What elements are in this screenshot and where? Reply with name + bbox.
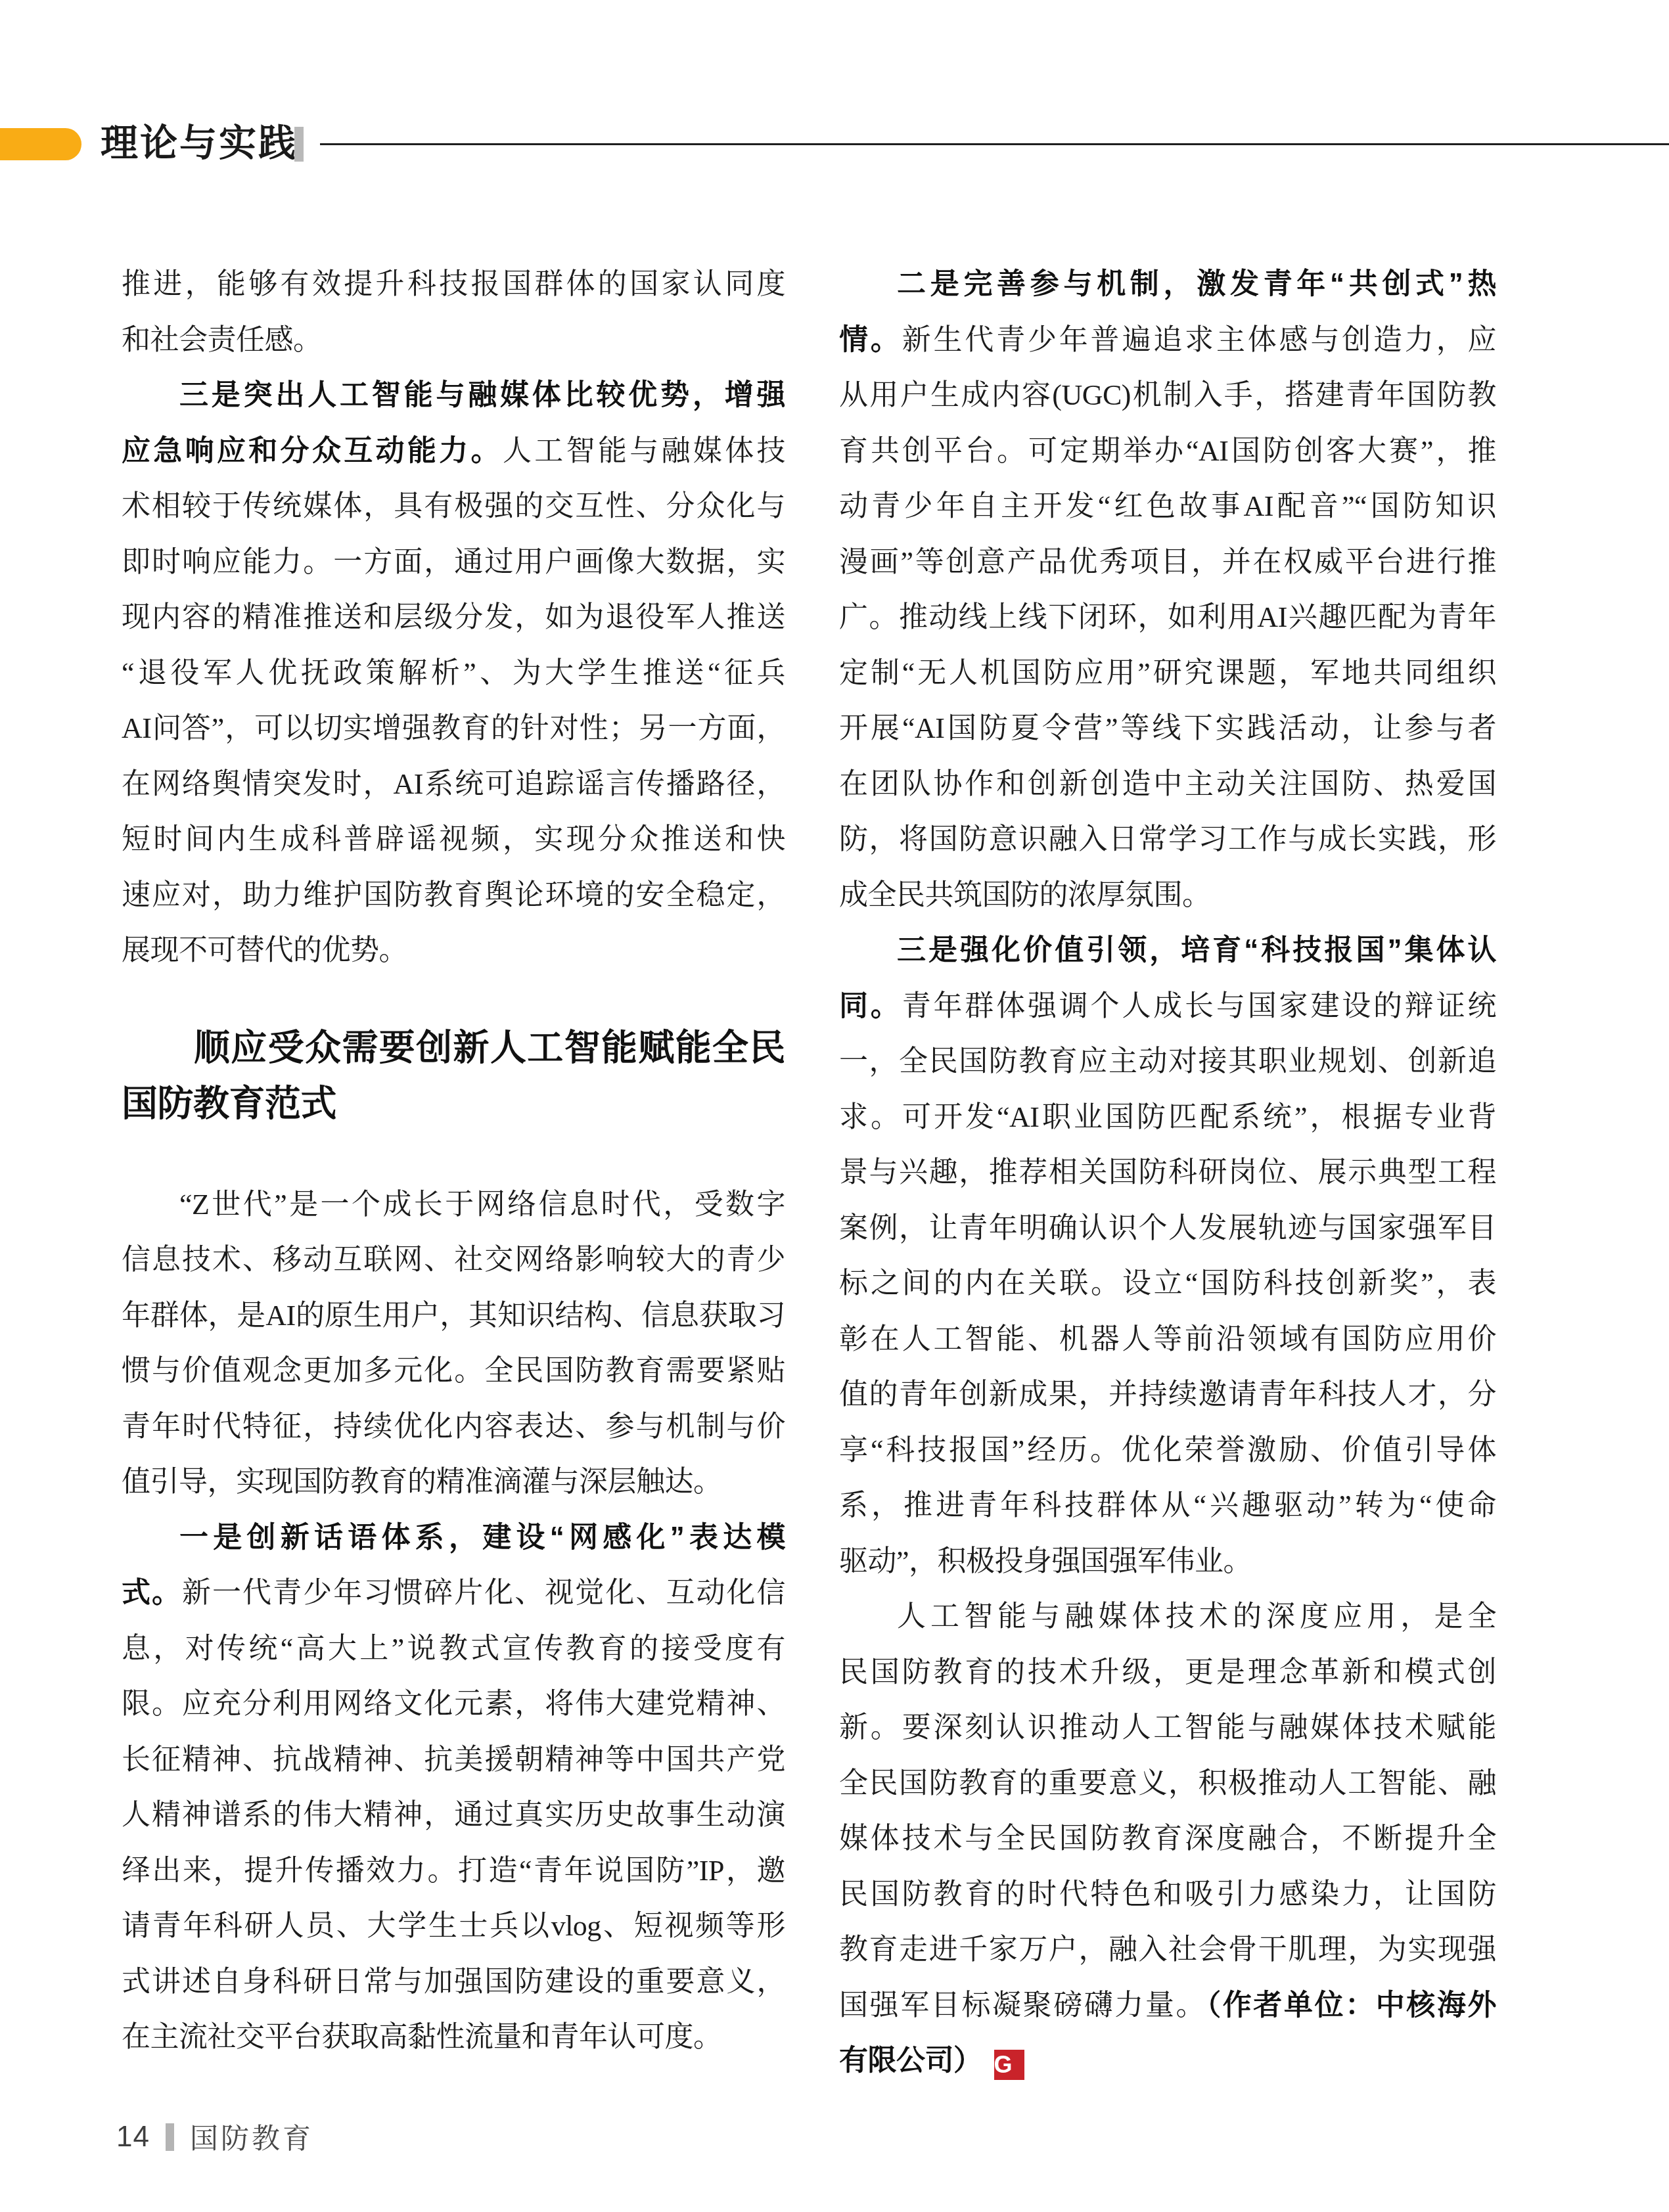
text-segment: 媒体技术与全民国防教育深度融合，不断提升全: [839, 1822, 1496, 1855]
body-text-line: 系，推进青年科技群体从“兴趣驱动”转为“使命: [839, 1478, 1496, 1534]
bold-text-segment: 三是强化价值引领，培育“科技报国”集体认: [897, 934, 1496, 966]
bold-text-segment: 同。: [839, 990, 902, 1022]
body-text-line: 术相较于传统媒体，具有极强的交互性、分众化与: [122, 479, 785, 535]
section-heading: 顺应受众需要创新人工智能赋能全民国防教育范式: [122, 1020, 785, 1131]
text-segment: 求。可开发“AI职业国防匹配系统”，根据专业背: [839, 1101, 1496, 1133]
text-segment: 在网络舆情突发时，AI系统可追踪谣言传播路径，: [122, 768, 785, 800]
page-number: 14: [116, 2121, 150, 2154]
text-segment: 新。要深刻认识推动人工智能与融媒体技术赋能: [839, 1711, 1496, 1744]
body-text-line: 彰在人工智能、机器人等前沿领域有国防应用价: [839, 1312, 1496, 1368]
text-segment: 式讲述自身科研日常与加强国防建设的重要意义，: [122, 1966, 785, 1998]
body-text-line: 惯与价值观念更加多元化。全民国防教育需要紧贴: [122, 1343, 785, 1399]
text-segment: 驱动”，积极投身强国强军伟业。: [839, 1545, 1252, 1577]
body-text-line: 新。要深刻认识推动人工智能与融媒体技术赋能: [839, 1700, 1496, 1756]
bold-text-segment: 应急响应和分众互动能力。: [122, 435, 503, 467]
body-text-line: 式讲述自身科研日常与加强国防建设的重要意义，: [122, 1954, 785, 2010]
body-text-line: 育共创平台。可定期举办“AI国防创客大赛”，推: [839, 424, 1496, 480]
text-segment: 青年群体强调个人成长与国家建设的辩证统: [902, 990, 1496, 1022]
text-segment: 信息技术、移动互联网、社交网络影响较大的青少: [122, 1244, 785, 1276]
article-body: 推进，能够有效提升科技报国群体的国家认同度和社会责任感。三是突出人工智能与融媒体…: [122, 257, 1496, 2089]
text-segment: 在主流社交平台获取高黏性流量和青年认可度。: [122, 2021, 722, 2053]
paragraph: 一是创新话语体系，建设“网感化”表达模式。新一代青少年习惯碎片化、视觉化、互动化…: [122, 1510, 785, 2065]
section-title: 理论与实践: [101, 124, 298, 163]
body-text-line: “Z世代”是一个成长于网络信息时代，受数字: [122, 1177, 785, 1233]
body-text-line: 在网络舆情突发时，AI系统可追踪谣言传播路径，: [122, 757, 785, 813]
bold-text-segment: 一是创新话语体系，建设“网感化”表达模: [179, 1522, 785, 1554]
body-text-line: 即时响应能力。一方面，通过用户画像大数据，实: [122, 535, 785, 591]
text-segment: 教育走进千家万户，融入社会骨干肌理，为实现强: [839, 1933, 1496, 1966]
body-text-line: 一是创新话语体系，建设“网感化”表达模: [122, 1510, 785, 1566]
text-segment: 请青年科研人员、大学生士兵以vlog、短视频等形: [122, 1910, 785, 1942]
text-segment: 民国防教育的技术升级，更是理念革新和模式创: [839, 1656, 1496, 1688]
body-text-line: 防，将国防意识融入日常学习工作与成长实践，形: [839, 812, 1496, 868]
body-text-line: 三是突出人工智能与融媒体比较优势，增强: [122, 368, 785, 424]
text-segment: 广。推动线上线下闭环，如利用AI兴趣匹配为青年: [839, 601, 1496, 633]
body-text-line: 定制“无人机国防应用”研究课题，军地共同组织: [839, 646, 1496, 702]
bold-text-segment: 情。: [839, 324, 902, 356]
body-text-line: 国强军目标凝聚磅礴力量。（作者单位：中核海外: [839, 1978, 1496, 2034]
text-segment: 值引导，实现国防教育的精准滴灌与深层触达。: [122, 1466, 722, 1498]
body-text-line: 媒体技术与全民国防教育深度融合，不断提升全: [839, 1811, 1496, 1867]
body-text-line: 成全民共筑国防的浓厚氛围。: [839, 868, 1496, 924]
body-text-line: 情。新生代青少年普遍追求主体感与创造力，应: [839, 313, 1496, 369]
text-segment: 定制“无人机国防应用”研究课题，军地共同组织: [839, 657, 1496, 689]
body-text-line: 三是强化价值引领，培育“科技报国”集体认: [839, 923, 1496, 979]
text-segment: 绎出来，提升传播效力。打造“青年说国防”IP，邀: [122, 1855, 785, 1887]
bold-text-segment: （作者单位：中核海外: [1206, 1989, 1496, 2021]
text-segment: 速应对，助力维护国防教育舆论环境的安全稳定，: [122, 879, 785, 911]
paragraph: 三是强化价值引领，培育“科技报国”集体认同。青年群体强调个人成长与国家建设的辩证…: [839, 923, 1496, 1589]
text-segment: “Z世代”是一个成长于网络信息时代，受数字: [179, 1188, 785, 1221]
body-text-line: 景与兴趣，推荐相关国防科研岗位、展示典型工程: [839, 1145, 1496, 1201]
text-segment: 漫画”等创意产品优秀项目，并在权威平台进行推: [839, 546, 1496, 578]
body-text-line: 全民国防教育的重要意义，积极推动人工智能、融: [839, 1756, 1496, 1812]
text-segment: 育共创平台。可定期举办“AI国防创客大赛”，推: [839, 435, 1496, 467]
text-segment: 即时响应能力。一方面，通过用户画像大数据，实: [122, 546, 785, 578]
body-text-line: 展现不可替代的优势。: [122, 923, 785, 979]
text-segment: 推进，能够有效提升科技报国群体的国家认同度: [122, 268, 785, 300]
body-text-line: 民国防教育的时代特色和吸引力感染力，让国防: [839, 1867, 1496, 1923]
text-segment: “退役军人优抚政策解析”、为大学生推送“征兵: [122, 657, 785, 689]
text-segment: 术相较于传统媒体，具有极强的交互性、分众化与: [122, 490, 785, 522]
text-segment: 案例，让青年明确认识个人发展轨迹与国家强军目: [839, 1212, 1496, 1244]
bold-text-segment: 顺应受众需要创新人工智能赋能全民: [194, 1027, 785, 1068]
body-text-line: 式。新一代青少年习惯碎片化、视觉化、互动化信: [122, 1566, 785, 1621]
text-segment: 彰在人工智能、机器人等前沿领域有国防应用价: [839, 1323, 1496, 1355]
section-heading-line: 国防教育范式: [122, 1075, 785, 1131]
text-segment: 开展“AI国防夏令营”等线下实践活动，让参与者: [839, 712, 1496, 744]
text-segment: 人工智能与融媒体技术的深度应用，是全: [897, 1600, 1496, 1633]
bold-text-segment: 国防教育范式: [122, 1083, 336, 1123]
body-text-line: 限。应充分利用网络文化元素，将伟大建党精神、: [122, 1677, 785, 1732]
body-text-line: 一，全民国防教育应主动对接其职业规划、创新追: [839, 1034, 1496, 1090]
body-text-line: 长征精神、抗战精神、抗美援朝精神等中国共产党: [122, 1732, 785, 1788]
text-segment: 现内容的精准推送和层级分发，如为退役军人推送: [122, 601, 785, 633]
body-text-line: 速应对，助力维护国防教育舆论环境的安全稳定，: [122, 868, 785, 924]
bold-text-segment: 三是突出人工智能与融媒体比较优势，增强: [179, 379, 785, 411]
body-text-line: 教育走进千家万户，融入社会骨干肌理，为实现强: [839, 1922, 1496, 1978]
article-left-column: 推进，能够有效提升科技报国群体的国家认同度和社会责任感。三是突出人工智能与融媒体…: [122, 257, 785, 2065]
page-footer: 14 国防教育: [116, 2117, 313, 2157]
body-text-line: 标之间的内在关联。设立“国防科技创新奖”，表: [839, 1256, 1496, 1312]
body-text-line: 现内容的精准推送和层级分发，如为退役军人推送: [122, 590, 785, 646]
body-text-line: 有限公司）G: [839, 2033, 1496, 2089]
text-segment: 国强军目标凝聚磅礴力量。: [839, 1989, 1206, 2021]
text-segment: AI问答”，可以切实增强教育的针对性；另一方面，: [122, 712, 785, 744]
text-segment: 和社会责任感。: [122, 324, 322, 356]
text-segment: 限。应充分利用网络文化元素，将伟大建党精神、: [122, 1688, 785, 1720]
body-text-line: 人工智能与融媒体技术的深度应用，是全: [839, 1589, 1496, 1645]
section-tab-marker: [0, 128, 81, 160]
body-text-line: 值引导，实现国防教育的精准滴灌与深层触达。: [122, 1455, 785, 1510]
body-text-line: 请青年科研人员、大学生士兵以vlog、短视频等形: [122, 1899, 785, 1954]
body-text-line: 开展“AI国防夏令营”等线下实践活动，让参与者: [839, 701, 1496, 757]
text-segment: 长征精神、抗战精神、抗美援朝精神等中国共产党: [122, 1744, 785, 1776]
text-segment: 人精神谱系的伟大精神，通过真实历史故事生动演: [122, 1799, 785, 1831]
text-segment: 人工智能与融媒体技: [503, 435, 785, 467]
body-text-line: 案例，让青年明确认识个人发展轨迹与国家强军目: [839, 1201, 1496, 1257]
body-text-line: 年群体，是AI的原生用户，其知识结构、信息获取习: [122, 1288, 785, 1344]
body-text-line: 短时间内生成科普辟谣视频，实现分众推送和快: [122, 812, 785, 868]
text-segment: 息，对传统“高大上”说教式宣传教育的接受度有: [122, 1633, 785, 1665]
body-text-line: 驱动”，积极投身强国强军伟业。: [839, 1534, 1496, 1590]
text-segment: 从用户生成内容(UGC)机制入手，搭建青年国防教: [839, 379, 1496, 411]
body-text-line: 推进，能够有效提升科技报国群体的国家认同度: [122, 257, 785, 313]
body-text-line: 信息技术、移动互联网、社交网络影响较大的青少: [122, 1232, 785, 1288]
text-segment: 值的青年创新成果，并持续邀请青年科技人才，分: [839, 1378, 1496, 1411]
body-text-line: 漫画”等创意产品优秀项目，并在权威平台进行推: [839, 535, 1496, 591]
paragraph: 二是完善参与机制，激发青年“共创式”热情。新生代青少年普遍追求主体感与创造力，应…: [839, 257, 1496, 923]
text-segment: 全民国防教育的重要意义，积极推动人工智能、融: [839, 1767, 1496, 1799]
paragraph: 推进，能够有效提升科技报国群体的国家认同度和社会责任感。: [122, 257, 785, 368]
header-rule-line: [320, 143, 1669, 145]
text-segment: 展现不可替代的优势。: [122, 934, 407, 966]
text-segment: 防，将国防意识融入日常学习工作与成长实践，形: [839, 823, 1496, 855]
body-text-line: 从用户生成内容(UGC)机制入手，搭建青年国防教: [839, 368, 1496, 424]
footer-divider-bar: [166, 2123, 174, 2151]
text-segment: 成全民共筑国防的浓厚氛围。: [839, 879, 1211, 911]
text-segment: 年群体，是AI的原生用户，其知识结构、信息获取习: [122, 1299, 785, 1332]
bold-text-segment: 二是完善参与机制，激发青年“共创式”热: [897, 268, 1496, 300]
body-text-line: AI问答”，可以切实增强教育的针对性；另一方面，: [122, 701, 785, 757]
body-text-line: 应急响应和分众互动能力。人工智能与融媒体技: [122, 424, 785, 480]
body-text-line: 息，对传统“高大上”说教式宣传教育的接受度有: [122, 1621, 785, 1677]
text-segment: 在团队协作和创新创造中主动关注国防、热爱国: [839, 768, 1496, 800]
body-text-line: 享“科技报国”经历。优化荣誉激励、价值引导体: [839, 1423, 1496, 1479]
text-segment: 新一代青少年习惯碎片化、视觉化、互动化信: [182, 1577, 785, 1609]
section-heading-line: 顺应受众需要创新人工智能赋能全民: [122, 1020, 785, 1075]
body-text-line: 动青少年自主开发“红色故事AI配音”“国防知识: [839, 479, 1496, 535]
body-text-line: 广。推动线上线下闭环，如利用AI兴趣匹配为青年: [839, 590, 1496, 646]
article-right-column: 二是完善参与机制，激发青年“共创式”热情。新生代青少年普遍追求主体感与创造力，应…: [839, 257, 1496, 2089]
body-text-line: 二是完善参与机制，激发青年“共创式”热: [839, 257, 1496, 313]
paragraph: “Z世代”是一个成长于网络信息时代，受数字信息技术、移动互联网、社交网络影响较大…: [122, 1177, 785, 1510]
body-text-line: 在主流社交平台获取高黏性流量和青年认可度。: [122, 2010, 785, 2065]
text-segment: 短时间内生成科普辟谣视频，实现分众推送和快: [122, 823, 785, 855]
bold-text-segment: 有限公司）: [839, 2044, 982, 2077]
text-segment: 系，推进青年科技群体从“兴趣驱动”转为“使命: [839, 1489, 1496, 1522]
paragraph: 三是突出人工智能与融媒体比较优势，增强应急响应和分众互动能力。人工智能与融媒体技…: [122, 368, 785, 979]
body-text-line: 人精神谱系的伟大精神，通过真实历史故事生动演: [122, 1788, 785, 1843]
text-segment: 享“科技报国”经历。优化荣誉激励、价值引导体: [839, 1434, 1496, 1466]
text-segment: 动青少年自主开发“红色故事AI配音”“国防知识: [839, 490, 1496, 522]
text-segment: 景与兴趣，推荐相关国防科研岗位、展示典型工程: [839, 1156, 1496, 1188]
body-text-line: “退役军人优抚政策解析”、为大学生推送“征兵: [122, 646, 785, 702]
article-end-icon: G: [994, 2050, 1024, 2080]
body-text-line: 绎出来，提升传播效力。打造“青年说国防”IP，邀: [122, 1843, 785, 1899]
bold-text-segment: 式。: [122, 1577, 182, 1609]
body-text-line: 值的青年创新成果，并持续邀请青年科技人才，分: [839, 1367, 1496, 1423]
body-text-line: 在团队协作和创新创造中主动关注国防、热爱国: [839, 757, 1496, 813]
text-segment: 青年时代特征，持续优化内容表达、参与机制与价: [122, 1411, 785, 1443]
footer-section-title: 国防教育: [190, 2117, 313, 2157]
header-divider-bar: [294, 127, 304, 162]
body-text-line: 求。可开发“AI职业国防匹配系统”，根据专业背: [839, 1090, 1496, 1146]
body-text-line: 和社会责任感。: [122, 313, 785, 369]
paragraph: 人工智能与融媒体技术的深度应用，是全民国防教育的技术升级，更是理念革新和模式创新…: [839, 1589, 1496, 2089]
text-segment: 民国防教育的时代特色和吸引力感染力，让国防: [839, 1878, 1496, 1910]
body-text-line: 同。青年群体强调个人成长与国家建设的辩证统: [839, 979, 1496, 1035]
body-text-line: 民国防教育的技术升级，更是理念革新和模式创: [839, 1645, 1496, 1701]
body-text-line: 青年时代特征，持续优化内容表达、参与机制与价: [122, 1399, 785, 1455]
text-segment: 新生代青少年普遍追求主体感与创造力，应: [902, 324, 1496, 356]
text-segment: 标之间的内在关联。设立“国防科技创新奖”，表: [839, 1267, 1496, 1299]
text-segment: 惯与价值观念更加多元化。全民国防教育需要紧贴: [122, 1355, 785, 1387]
text-segment: 一，全民国防教育应主动对接其职业规划、创新追: [839, 1045, 1496, 1077]
